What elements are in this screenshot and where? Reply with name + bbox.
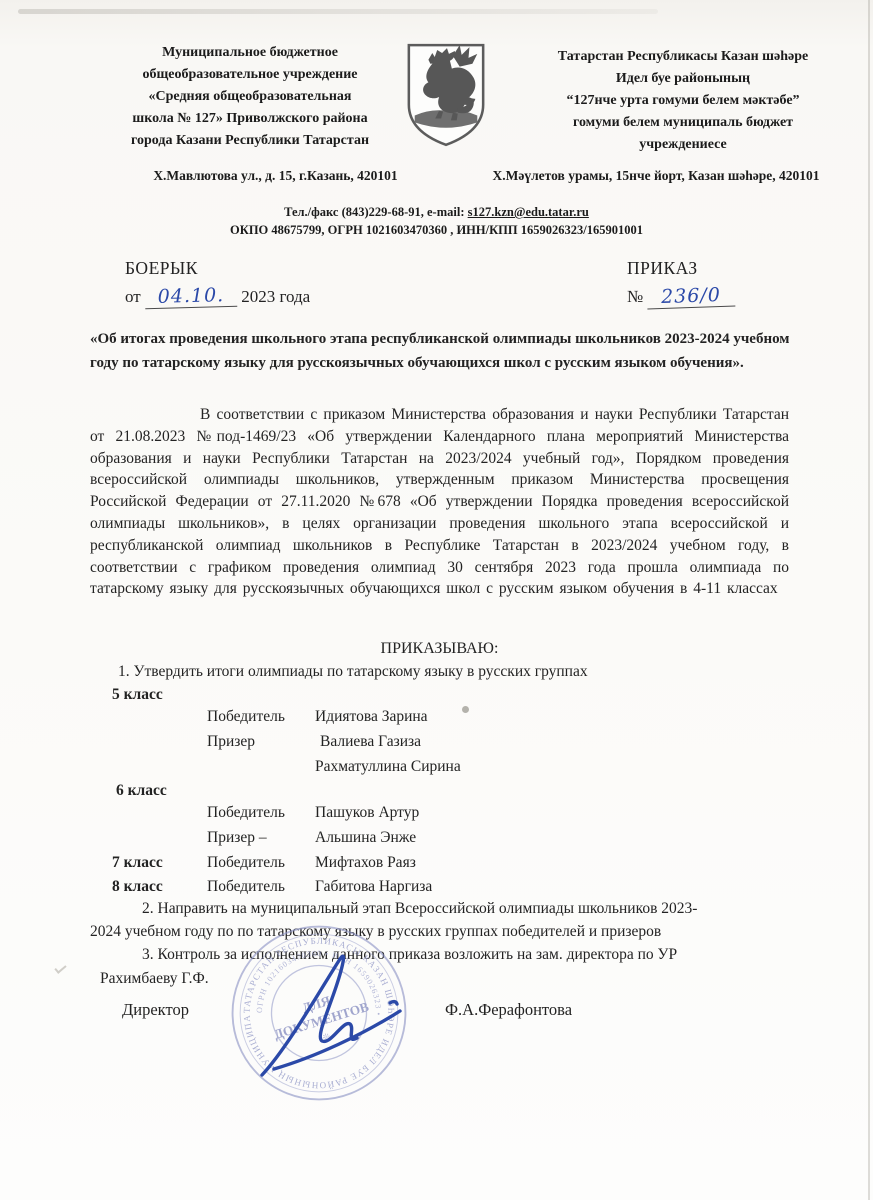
class-label-5: 5 класс [112,686,163,704]
date-suffix: 2023 года [241,287,310,306]
order-title-tatar: БОЕРЫК [125,258,310,279]
winner-name: Валиева Газиза [320,733,421,751]
winner-name: Альшина Энже [315,829,416,847]
handwritten-date: 04.10. [145,284,238,309]
number-prefix: № [627,287,643,306]
org-line: Муниципальное бюджетное [100,42,400,64]
winner-role: Призер – [207,829,267,847]
registry-line: ОКПО 48675799, ОГРН 1021603470360 , ИНН/… [0,221,873,239]
winner-role: Победитель [207,804,285,822]
phone-fax: Тел./факс (843)229-68-91, e-mail: [284,205,468,219]
winner-name: Пашуков Артур [315,804,419,822]
class-label-8: 8 класс [112,878,163,896]
contact-block: Тел./факс (843)229-68-91, e-mail: s127.k… [0,203,873,239]
winner-name: Мифтахов Раяз [315,854,416,872]
org-name-tatar: Татарстан Республикасы Казан шәһәре Идел… [505,46,861,156]
scan-artifact-right [868,0,870,1200]
winner-role: Призер [207,733,255,751]
org-line: школа № 127» Приволжского района [100,108,400,130]
resolution-item-2-line1: 2. Направить на муниципальный этап Всеро… [142,900,697,918]
order-body-paragraph: В соответствии с приказом Министерства о… [90,404,789,600]
email-address: s127.kzn@edu.tatar.ru [468,205,589,219]
org-line: учреждениесе [505,134,861,156]
org-line: общеобразовательное учреждение [100,64,400,86]
order-head-left: БОЕРЫК от 04.10. 2023 года [125,258,310,308]
org-line: «Средняя общеобразовательная [100,86,400,108]
org-line: Идел буе районының [505,68,861,90]
resolution-item-3-line2: Рахимбаеву Г.Ф. [100,970,209,988]
org-line: города Казани Республики Татарстан [100,130,400,152]
winner-name: Рахматуллина Сирина [315,758,461,776]
scanned-order-document: Муниципальное бюджетное общеобразователь… [0,0,873,1200]
order-number-line: № 236/0 [627,285,735,308]
address-tatar: Х.Мәүлетов урамы, 15нче йорт, Казан шәһә… [450,168,862,184]
handwritten-number: 236/0 [647,283,736,309]
order-title-russian: ПРИКАЗ [627,258,735,279]
director-signature [240,935,420,1090]
signer-role: Директор [122,1000,189,1020]
address-russian: Х.Мавлютова ул., д. 15, г.Казань, 420101 [103,168,448,184]
winner-name: Идиятова Зарина [315,708,428,726]
order-head-right: ПРИКАЗ № 236/0 [627,258,735,308]
class-label-6: 6 класс [116,782,167,800]
order-date-line: от 04.10. 2023 года [125,285,310,308]
kazan-coat-of-arms-icon [402,40,490,150]
scan-artifact-dot [462,706,469,713]
org-line: гомуми белем муниципаль бюджет [505,112,861,134]
winner-name: Габитова Наргиза [315,878,432,896]
resolution-heading: ПРИКАЗЫВАЮ: [90,640,789,658]
scan-artifact-top [18,9,658,14]
class-label-7: 7 класс [112,854,163,872]
date-prefix: от [125,287,141,306]
order-subject: «Об итогах проведения школьного этапа ре… [90,328,796,375]
winner-role: Победитель [207,854,285,872]
phone-email-line: Тел./факс (843)229-68-91, e-mail: s127.k… [0,203,873,221]
resolution-item-1: 1. Утвердить итоги олимпиады по татарско… [118,663,588,681]
org-line: Татарстан Республикасы Казан шәһәре [505,46,861,68]
signer-name: Ф.А.Ферафонтова [445,1000,572,1020]
org-line: “127нче урта гомуми белем мәктәбе” [505,90,861,112]
scan-artifact-tick [54,962,66,974]
winner-role: Победитель [207,708,285,726]
org-name-russian: Муниципальное бюджетное общеобразователь… [100,42,400,152]
winner-role: Победитель [207,878,285,896]
